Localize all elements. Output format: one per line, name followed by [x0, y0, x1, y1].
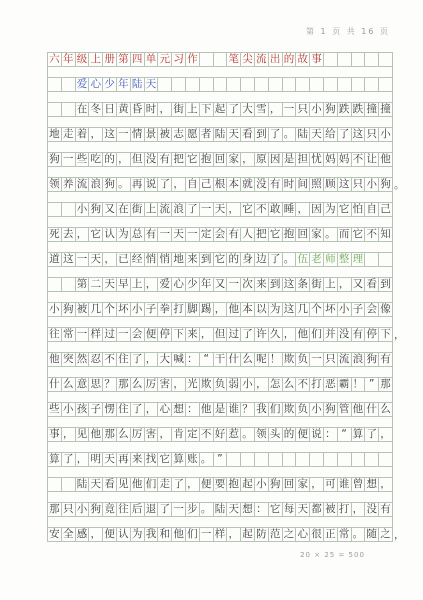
grid-cell [48, 78, 62, 91]
grid-cell: 单 [145, 53, 159, 66]
grid-cell: 整 [338, 253, 352, 266]
grid-cell: 。 [117, 178, 131, 191]
grid-cell: 然 [76, 353, 90, 366]
grid-cell: ， [172, 378, 186, 391]
grid-cell: 这 [62, 253, 76, 266]
grid-cell [324, 453, 338, 466]
grid-cell: 负 [296, 403, 310, 416]
grid-cell: 下 [200, 103, 214, 116]
grid-cell: 天 [103, 453, 117, 466]
grid-cell [214, 53, 228, 66]
grid-cell: ， [296, 203, 310, 216]
grid-cell: 要 [214, 478, 228, 491]
grid-cell: 什 [227, 353, 241, 366]
grid-cell [158, 78, 172, 91]
grid-cell [200, 53, 214, 66]
grid-cell: 小 [255, 478, 269, 491]
grid-cell: 心 [296, 528, 310, 541]
grid-cell: 会 [365, 303, 379, 316]
grid-cell: 有 [352, 328, 366, 341]
grid-cell: 小 [338, 303, 352, 316]
grid-cell: 它 [186, 153, 200, 166]
text-row: 那只小狗竟往后退了一步。陆天想：它每天都被打，没有 [48, 502, 392, 517]
grid-cell: 六 [48, 53, 62, 66]
grid-cell: 想 [365, 478, 379, 491]
grid-cell [296, 78, 310, 91]
grid-cell: 担 [296, 153, 310, 166]
grid-cell: 元 [158, 53, 172, 66]
grid-cell: 陆 [214, 128, 228, 141]
grid-cell: 因 [310, 203, 324, 216]
grid-cell: 只 [352, 178, 366, 191]
grid-cell: 悄 [145, 253, 159, 266]
grid-cell: 便 [200, 478, 214, 491]
grid-cell: 一 [172, 503, 186, 516]
grid-cell: 老 [310, 253, 324, 266]
grid-cell: 不 [296, 378, 310, 391]
grid-cell [172, 78, 186, 91]
grid-cell: 了 [269, 253, 283, 266]
grid-cell: 往 [48, 328, 62, 341]
grid-cell: 册 [103, 53, 117, 66]
text-row: 在冬日黄昏时，街上下起了大雪，一只小狗跌跌撞撞 [48, 102, 392, 117]
grid-cell: 什 [365, 403, 379, 416]
grid-cell: “ [338, 428, 352, 441]
grid-cell: 的 [227, 253, 241, 266]
grid-cell: 停 [158, 328, 172, 341]
grid-cell: 一 [76, 253, 90, 266]
grid-cell [255, 78, 269, 91]
grid-cell: 年 [62, 53, 76, 66]
grid-cell: 又 [103, 203, 117, 216]
grid-cell: 之 [379, 528, 392, 541]
text-row: 道这一天，已经悄悄地来到它的身边了。伍老师整理 [48, 252, 392, 267]
grid-cell: 们 [186, 528, 200, 541]
grid-cell: 一 [62, 153, 76, 166]
grid-cell: 死 [48, 228, 62, 241]
grid-cell: ， [172, 178, 186, 191]
grid-cell: 只 [324, 353, 338, 366]
grid-cell: 他 [200, 403, 214, 416]
grid-cell: 昏 [131, 103, 145, 116]
grid-cell: ， [145, 353, 159, 366]
grid-cell: 一 [117, 128, 131, 141]
grid-cell: 住 [117, 403, 131, 416]
grid-cell: 踢 [200, 303, 214, 316]
grid-cell: 照 [310, 178, 324, 191]
grid-cell: 浪 [172, 203, 186, 216]
grid-cell: ： [186, 353, 200, 366]
grid-cell: 头 [269, 428, 283, 441]
grid-cell: 到 [255, 128, 269, 141]
grid-cell: 孩 [76, 403, 90, 416]
grid-cell: 竟 [103, 503, 117, 516]
grid-cell: 弱 [227, 378, 241, 391]
grid-cell: 愣 [103, 403, 117, 416]
grid-cell: 抱 [227, 478, 241, 491]
grid-cell: 天 [227, 503, 241, 516]
grid-cell [379, 53, 392, 66]
grid-cell: 们 [269, 403, 283, 416]
grid-cell: 它 [214, 253, 228, 266]
grid-cell: 子 [89, 403, 103, 416]
grid-cell: ， [310, 478, 324, 491]
grid-cell: 抱 [283, 228, 297, 241]
grid-cell [48, 478, 62, 491]
grid-cell: ” [365, 378, 379, 391]
grid-cell: 突 [62, 353, 76, 366]
grid-cell: 肯 [172, 428, 186, 441]
grid-cell: 他 [172, 528, 186, 541]
grid-cell: 思 [89, 378, 103, 391]
grid-cell: 停 [365, 328, 379, 341]
grid-cell: 他 [89, 428, 103, 441]
grid-cell: 把 [255, 228, 269, 241]
grid-cell: 天 [103, 278, 117, 291]
grid-cell: 了 [131, 403, 145, 416]
grid-cell: ， [283, 328, 297, 341]
grid-cell: 着 [76, 128, 90, 141]
grid-cell: 爱 [76, 78, 90, 91]
grid-cell: 回 [283, 478, 297, 491]
grid-cell [269, 78, 283, 91]
grid-cell: 事 [310, 53, 324, 66]
grid-cell: 狗 [324, 103, 338, 116]
grid-cell: 谁 [338, 478, 352, 491]
grid-cell: 了 [338, 128, 352, 141]
grid-cell: 的 [283, 428, 297, 441]
grid-cell [310, 453, 324, 466]
grid-cell: ， [214, 303, 228, 316]
grid-cell: 之 [283, 528, 297, 541]
grid-cell: 事 [48, 428, 62, 441]
grid-cell: 而 [338, 228, 352, 241]
grid-cell: ， [379, 428, 392, 441]
grid-cell [283, 453, 297, 466]
grid-cell: 狗 [89, 503, 103, 516]
grid-cell: 个 [103, 303, 117, 316]
grid-cell: 这 [283, 278, 297, 291]
grid-cell: 回 [214, 153, 228, 166]
grid-cell: 怕 [352, 203, 366, 216]
grid-cell: 吃 [89, 153, 103, 166]
grid-cell: 狗 [103, 178, 117, 191]
grid-cell [227, 453, 241, 466]
grid-cell: ， [255, 378, 269, 391]
grid-cell: 已 [117, 253, 131, 266]
grid-cell: 间 [296, 178, 310, 191]
grid-cell: 么 [62, 378, 76, 391]
grid-cell: 二 [89, 278, 103, 291]
grid-cell: 道 [48, 253, 62, 266]
grid-cell: 子 [352, 303, 366, 316]
grid-cell: 撞 [379, 103, 392, 116]
grid-cell: 他 [227, 303, 241, 316]
text-row: 小狗被几个坏小子拳打脚踢，他本以为这几个坏小子会像 [48, 302, 392, 317]
grid-cell: 心 [89, 78, 103, 91]
grid-cell: 了 [186, 203, 200, 216]
grid-cell: 没 [365, 503, 379, 516]
grid-cell: ， [227, 528, 241, 541]
grid-cell: 再 [117, 453, 131, 466]
grid-cell: 住 [117, 353, 131, 366]
text-row: 狗一些吃的，但没有把它抱回家，原因是担忧妈妈不让他 [48, 152, 392, 167]
grid-cell: 欺 [200, 378, 214, 391]
grid-cell: 自 [365, 203, 379, 216]
grid-cell: 回 [296, 228, 310, 241]
grid-cell: 被 [76, 303, 90, 316]
grid-cell: 怎 [269, 378, 283, 391]
grid-cell: 家 [227, 153, 241, 166]
grid-cell [62, 103, 76, 116]
grid-cell: 小 [241, 378, 255, 391]
grid-cell: 认 [117, 528, 131, 541]
grid-cell: 么 [117, 428, 131, 441]
grid-cell [241, 78, 255, 91]
grid-cell: 恶 [324, 378, 338, 391]
text-row: 死去，它认为总有一天一定会有人把它抱回家。而它不知 [48, 227, 392, 242]
grid-cell: 不 [200, 428, 214, 441]
grid-cell: 它 [338, 203, 352, 216]
grid-cell: ， [76, 453, 90, 466]
grid-cell: 有 [379, 503, 392, 516]
grid-cell: 狗 [48, 153, 62, 166]
page-number-indicator: 第 1 页 共 16 页 [306, 26, 390, 37]
grid-cell: 伍 [296, 253, 310, 266]
hanging-punctuation: ， [392, 328, 407, 341]
grid-cell: ， [158, 103, 172, 116]
grid-cell: 为 [269, 303, 283, 316]
grid-cell: 看 [103, 478, 117, 491]
grid-cell: 这 [283, 303, 297, 316]
grid-cell: 者 [200, 128, 214, 141]
grid-cell: ， [227, 203, 241, 216]
grid-cell: 但 [214, 328, 228, 341]
grid-cell: 可 [324, 478, 338, 491]
grid-cell: 在 [76, 103, 90, 116]
grid-cell: 天 [214, 203, 228, 216]
grid-cell: 大 [241, 103, 255, 116]
grid-cell: 便 [296, 428, 310, 441]
grid-cell: 些 [76, 153, 90, 166]
grid-cell: 后 [131, 503, 145, 516]
grid-cell: “ [200, 353, 214, 366]
grid-cell: 它 [241, 203, 255, 216]
grid-cell: 负 [214, 378, 228, 391]
grid-cell [214, 78, 228, 91]
grid-cell: 了 [227, 103, 241, 116]
grid-cell: 一 [200, 203, 214, 216]
grid-cell: 账 [186, 453, 200, 466]
grid-cell: 范 [269, 528, 283, 541]
grid-cell: 第 [117, 53, 131, 66]
grid-cell: 谁 [227, 403, 241, 416]
grid-cell: 愿 [186, 128, 200, 141]
grid-cell: 跌 [352, 103, 366, 116]
grid-cell: 狗 [62, 303, 76, 316]
grid-cell: 撞 [365, 103, 379, 116]
grid-cell: 陆 [296, 128, 310, 141]
grid-cell: 本 [227, 178, 241, 191]
grid-cell: 天 [227, 128, 241, 141]
grid-cell: 有 [379, 353, 392, 366]
grid-cell: 它 [269, 228, 283, 241]
grid-cell: 干 [214, 353, 228, 366]
grid-cell: 忍 [89, 353, 103, 366]
grid-cell: 条 [296, 278, 310, 291]
grid-cell: 退 [145, 503, 159, 516]
grid-cell: 都 [310, 503, 324, 516]
grid-cell: 呢 [255, 353, 269, 366]
grid-cell: 这 [352, 128, 366, 141]
grid-cell: 那 [48, 503, 62, 516]
grid-cell: 原 [255, 153, 269, 166]
text-row: 小狗又在街上流浪了一天，它不敢睡，因为它怕自己 [48, 202, 392, 217]
grid-cell: 日 [103, 103, 117, 116]
grid-cell: 防 [255, 528, 269, 541]
grid-cell: 一 [283, 103, 297, 116]
grid-cell: 妈 [338, 153, 352, 166]
grid-cell: 了 [269, 128, 283, 141]
text-row: 第二天早上，爱心少年又一次来到这条街上，又看到 [48, 277, 392, 292]
grid-cell: 冬 [89, 103, 103, 116]
grid-cell: 小 [76, 203, 90, 216]
grid-cell: 黄 [117, 103, 131, 116]
grid-cell: 欺 [283, 403, 297, 416]
grid-cell: ， [241, 153, 255, 166]
grid-cell: 一 [200, 528, 214, 541]
grid-cell: 全 [62, 528, 76, 541]
grid-cell [324, 53, 338, 66]
grid-cell [338, 53, 352, 66]
grid-cell: 喊 [172, 353, 186, 366]
grid-cell: 子 [145, 303, 159, 316]
grid-cell: 志 [172, 128, 186, 141]
grid-cell: 它 [89, 228, 103, 241]
grid-cell: 定 [186, 428, 200, 441]
grid-cell: 安 [48, 528, 62, 541]
grid-cell: 陆 [131, 78, 145, 91]
grid-cell: 了 [365, 428, 379, 441]
grid-cell: 他 [379, 153, 392, 166]
text-row: 陆天看见他们走了，便要抱起小狗回家，可谁曾想， [48, 477, 392, 492]
grid-cell [186, 78, 200, 91]
grid-cell: 。 [200, 453, 214, 466]
grid-cell: 本 [241, 303, 255, 316]
grid-cell: 一 [76, 328, 90, 341]
text-row: 六年级上册第四单元习作笔尖流出的故事 [48, 52, 392, 67]
grid-cell: 么 [283, 378, 297, 391]
grid-cell: ？ [103, 378, 117, 391]
grid-cell: 每 [283, 503, 297, 516]
grid-cell: 欺 [283, 353, 297, 366]
grid-cell: 一 [117, 328, 131, 341]
grid-cell: 时 [283, 178, 297, 191]
grid-cell: 流 [76, 178, 90, 191]
grid-cell: 心 [158, 403, 172, 416]
grid-cell: 们 [145, 478, 159, 491]
grid-cell: 陆 [76, 478, 90, 491]
grid-cell: ， [352, 503, 366, 516]
grid-cell: 来 [131, 453, 145, 466]
grid-cell: 好 [214, 428, 228, 441]
grid-cell: 家 [310, 228, 324, 241]
grid-cell: ， [269, 103, 283, 116]
grid-cell: 只 [365, 128, 379, 141]
grid-cell [62, 78, 76, 91]
grid-cell: ， [62, 428, 76, 441]
grid-cell: 了 [158, 503, 172, 516]
grid-cell [241, 453, 255, 466]
grid-cell: 了 [131, 353, 145, 366]
text-row: 算了，明天再来找它算账。” [48, 452, 392, 467]
grid-cell: 惹 [227, 428, 241, 441]
grid-cell: 几 [89, 303, 103, 316]
grid-cell: 陆 [214, 503, 228, 516]
grid-cell: 以 [255, 303, 269, 316]
grid-cell: ： [324, 428, 338, 441]
grid-cell: 小 [131, 303, 145, 316]
grid-cell: 上 [186, 103, 200, 116]
text-row: 爱心少年陆天 [48, 77, 392, 92]
grid-cell: 笔 [227, 53, 241, 66]
grid-cell: 为 [131, 528, 145, 541]
grid-cell: 。 [352, 528, 366, 541]
grid-cell: 么 [241, 353, 255, 366]
grid-cell: 小 [48, 303, 62, 316]
grid-cell: 出 [269, 53, 283, 66]
text-row: 些小孩子愣住了，心想：他是谁？我们欺负小狗管他什么 [48, 402, 392, 417]
grid-cell: ， [145, 278, 159, 291]
grid-cell: 光 [186, 378, 200, 391]
grid-cell: 敢 [269, 203, 283, 216]
grid-cell: 便 [103, 528, 117, 541]
grid-cell: 级 [76, 53, 90, 66]
grid-cell: 天 [89, 253, 103, 266]
grid-cell: 少 [186, 278, 200, 291]
grid-cell: 人 [241, 228, 255, 241]
grid-cell [379, 453, 392, 466]
grid-cell: ” [214, 453, 228, 466]
composition-page: 第 1 页 共 16 页 六年级上册第四单元习作笔尖流出的故事爱心少年陆天在冬日… [0, 0, 423, 600]
grid-cell: ， [158, 428, 172, 441]
grid-cell: 次 [241, 278, 255, 291]
grid-cell: 打 [338, 503, 352, 516]
grid-cell: 流 [158, 203, 172, 216]
grid-cell: 很 [310, 528, 324, 541]
grid-cell: ， [186, 478, 200, 491]
grid-cell: 他 [48, 353, 62, 366]
grid-cell: 过 [227, 328, 241, 341]
grid-cell: 霸 [338, 378, 352, 391]
grid-cell: 雪 [255, 103, 269, 116]
grid-cell [255, 453, 269, 466]
grid-cell: 地 [172, 253, 186, 266]
grid-cell: 就 [241, 178, 255, 191]
grid-cell [352, 453, 366, 466]
grid-cell: 浪 [352, 353, 366, 366]
grid-cell: 浪 [89, 178, 103, 191]
grid-cell: 不 [255, 203, 269, 216]
hanging-punctuation: ， [392, 528, 407, 541]
grid-cell: 给 [324, 128, 338, 141]
grid-cell: 常 [62, 328, 76, 341]
grid-cell: 习 [172, 53, 186, 66]
grid-cell: 上 [89, 53, 103, 66]
grid-cell: 认 [103, 228, 117, 241]
grid-cell: 忧 [310, 153, 324, 166]
grid-cell: ： [186, 403, 200, 416]
